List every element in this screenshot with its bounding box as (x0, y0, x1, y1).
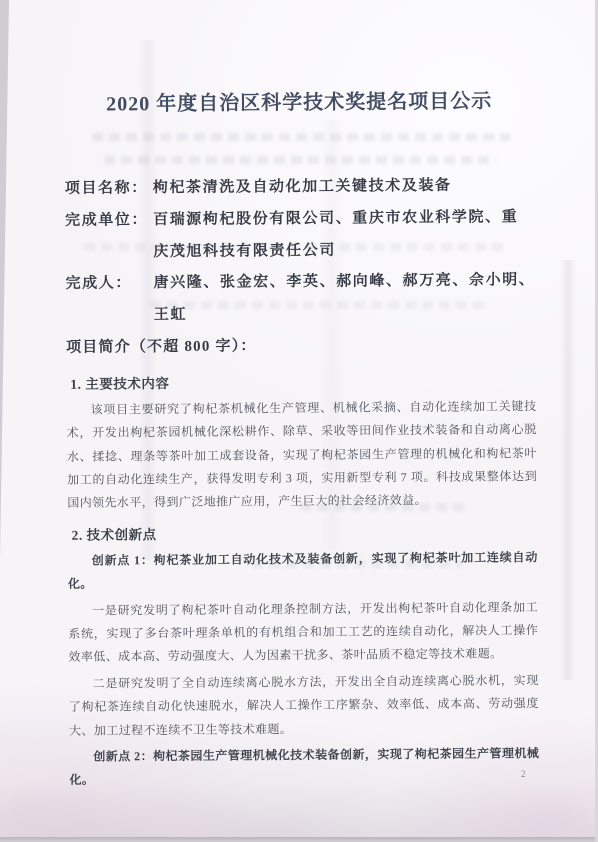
field-label: 项目名称： (65, 173, 153, 205)
page-number: 2 (521, 769, 526, 779)
scan-edge-bottom (0, 837, 598, 842)
paragraph: 一是研究发明了枸杞茶叶自动化理条控制方法，开发出枸杞茶叶自动化理条加工系统，实现… (68, 596, 539, 670)
paragraph: 二是研究发明了全自动连续离心脱水方法，开发出全自动连续离心脱水机，实现了枸杞茶连… (69, 669, 540, 743)
field-label: 完成单位： (65, 205, 153, 269)
scanned-page: 2020 年度自治区科学技术奖提名项目公示 项目名称： 枸杞茶清洗及自动化加工关… (0, 0, 595, 837)
field-value: 唐兴隆、张金宏、李英、郝向峰、郝万亮、佘小明、 王虹 (153, 266, 535, 333)
section-main-technical-content: 1. 主要技术内容 该项目主要研究了枸杞茶机械化生产管理、机械化采摘、自动化连续… (66, 369, 537, 516)
field-value: 百瑞源枸杞股份有限公司、重庆市农业科学院、重 庆茂旭科技有限责任公司 (153, 202, 519, 268)
paragraph-innovation-1: 创新点 1：枸杞茶业加工自动化技术及装备创新，实现了枸杞茶叶加工连续自动化。 (68, 546, 538, 597)
paragraph: 该项目主要研究了枸杞茶机械化生产管理、机械化采摘、自动化连续加工关键技术，开发出… (66, 395, 537, 516)
paragraph-innovation-2: 创新点 2：枸杞茶园生产管理机械化技术装备创新，实现了枸杞茶园生产管理机械化。 (69, 742, 539, 793)
project-info-block: 项目名称： 枸杞茶清洗及自动化加工关键技术及装备 完成单位： 百瑞源枸杞股份有限… (65, 170, 536, 364)
field-value: 枸杞茶清洗及自动化加工关键技术及装备 (153, 171, 452, 205)
field-completing-units: 完成单位： 百瑞源枸杞股份有限公司、重庆市农业科学院、重 庆茂旭科技有限责任公司 (65, 202, 535, 269)
section-technical-innovations: 2. 技术创新点 创新点 1：枸杞茶业加工自动化技术及装备创新，实现了枸杞茶叶加… (67, 520, 539, 793)
section-heading: 1. 主要技术内容 (70, 369, 536, 397)
section-heading: 2. 技术创新点 (71, 520, 537, 548)
field-completers: 完成人： 唐兴隆、张金宏、李英、郝向峰、郝万亮、佘小明、 王虹 (65, 266, 535, 333)
project-summary-label: 项目简介（不超 800 字）： (66, 329, 536, 364)
field-project-name: 项目名称： 枸杞茶清洗及自动化加工关键技术及装备 (65, 170, 535, 205)
document-content: 2020 年度自治区科学技术奖提名项目公示 项目名称： 枸杞茶清洗及自动化加工关… (0, 0, 598, 842)
page-title: 2020 年度自治区科学技术奖提名项目公示 (64, 86, 534, 120)
field-label: 完成人： (65, 269, 153, 333)
